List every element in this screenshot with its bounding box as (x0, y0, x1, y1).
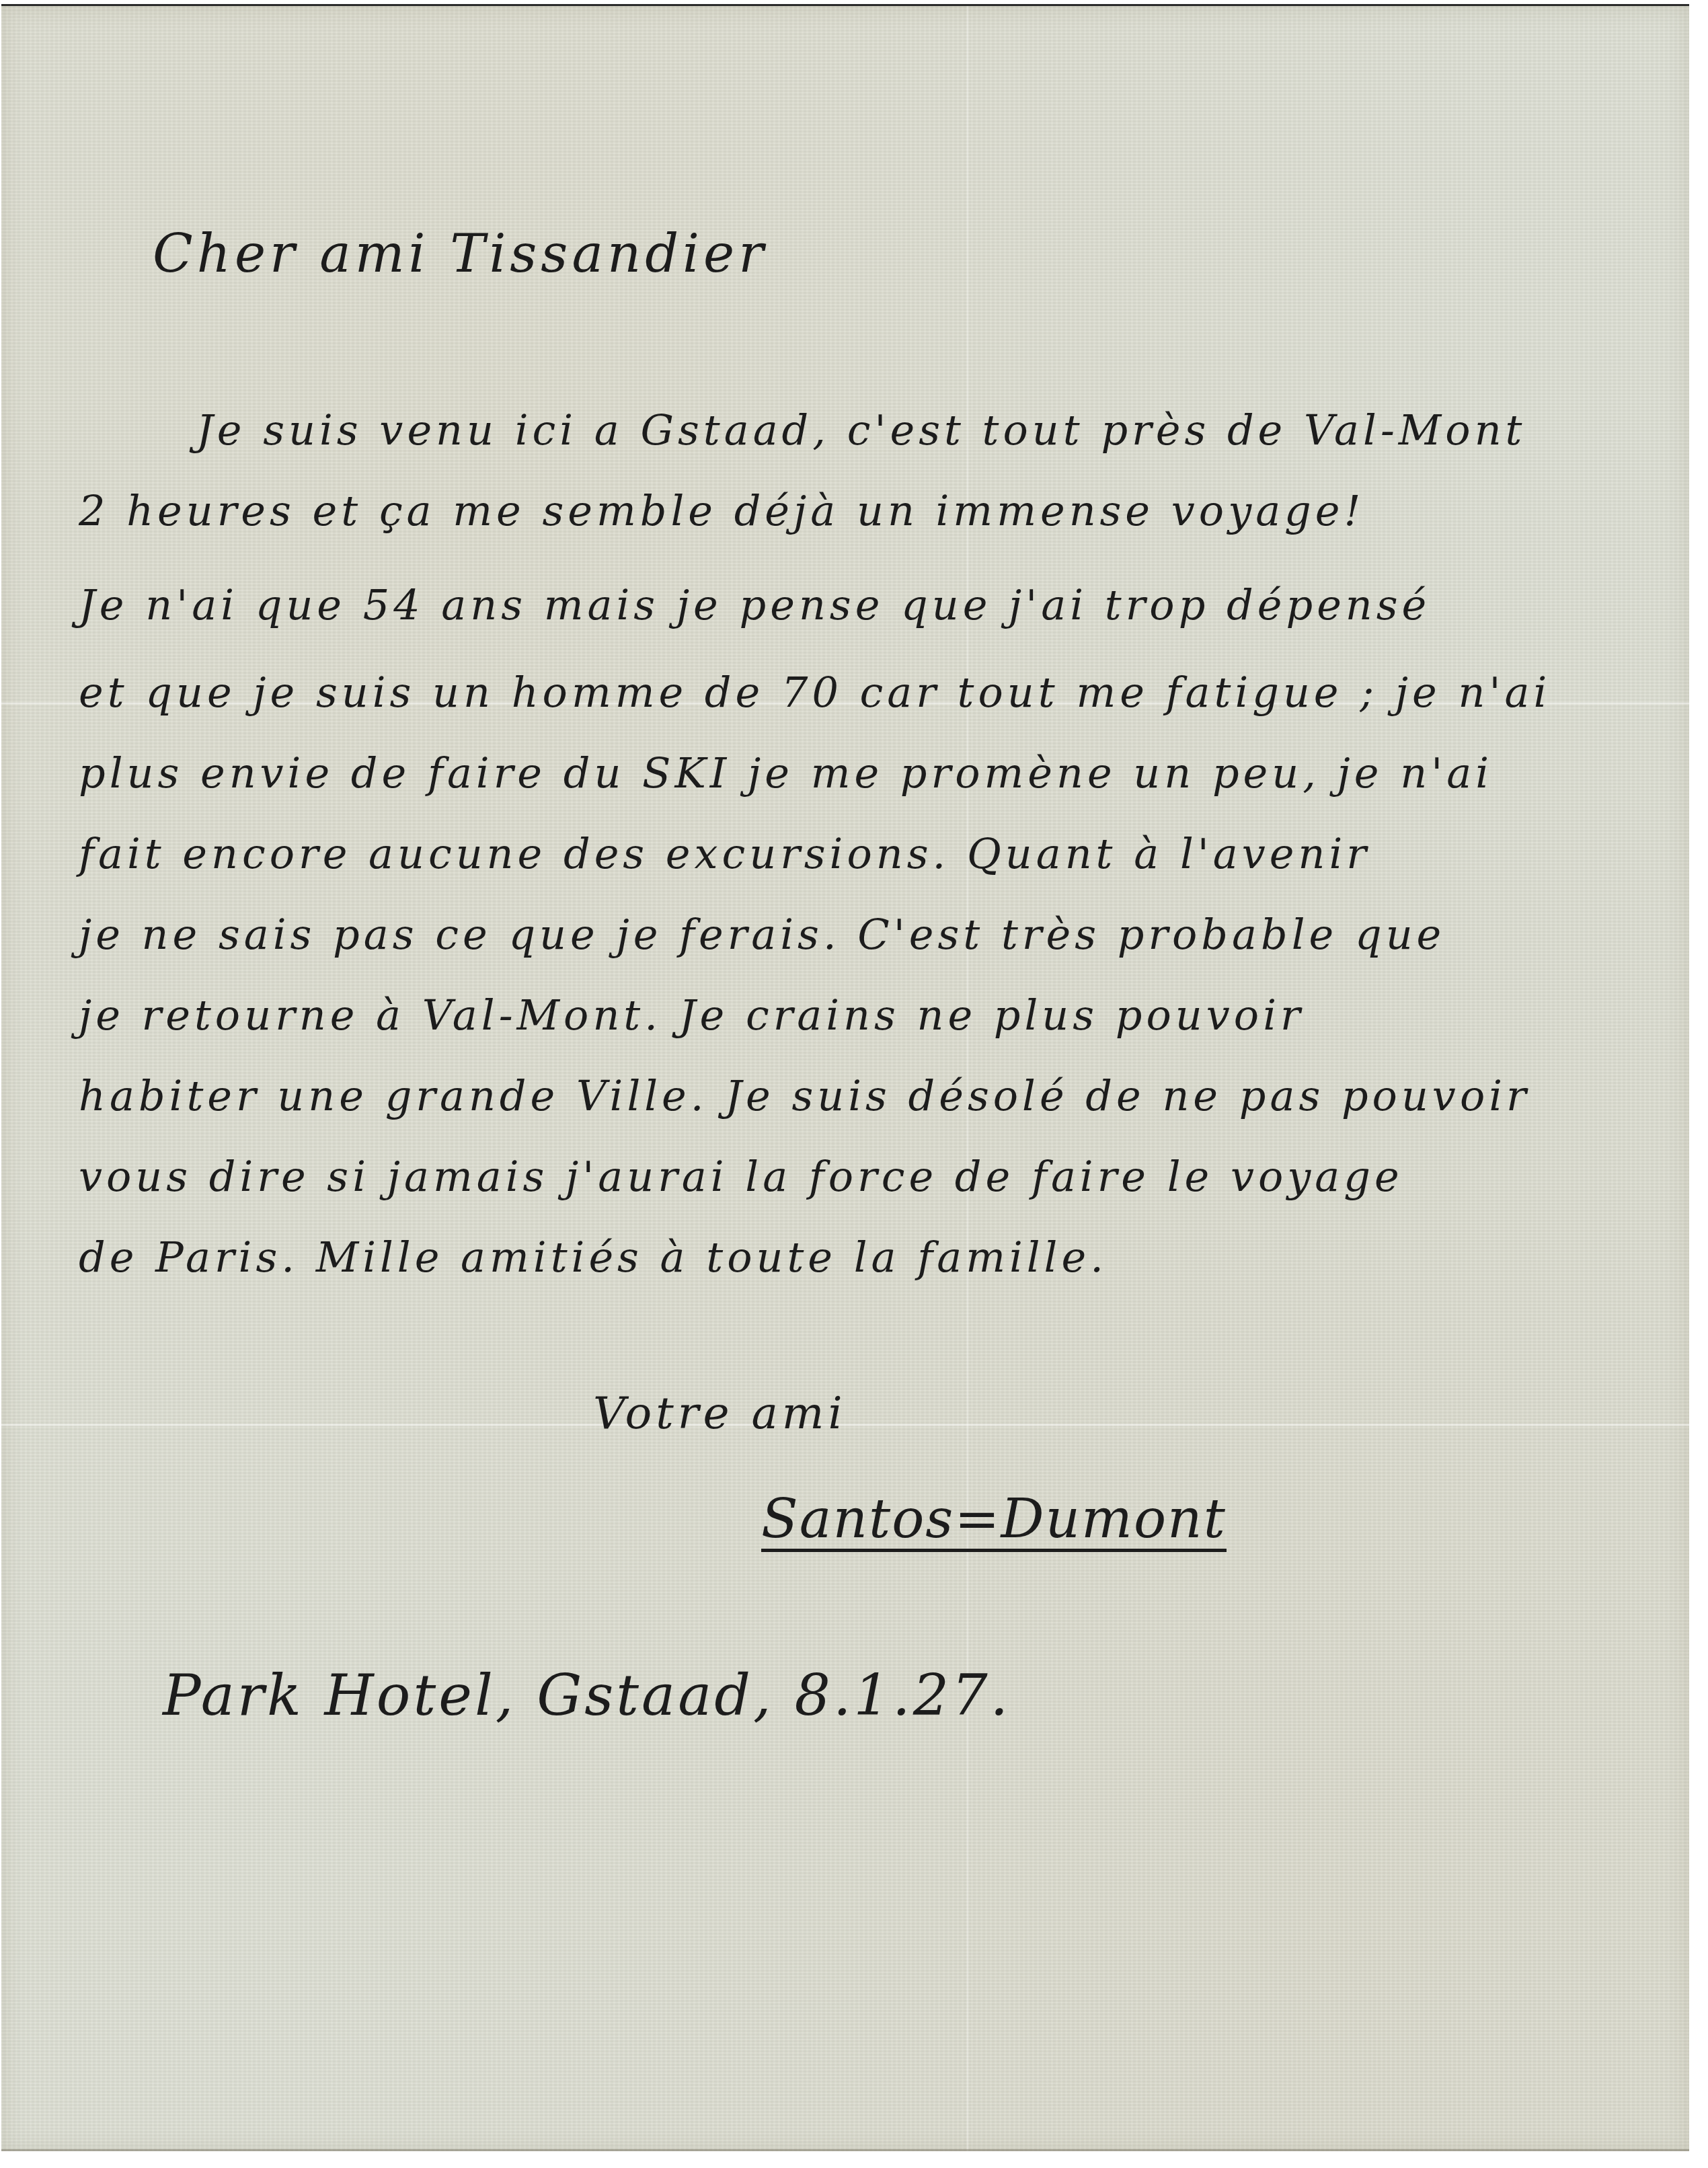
body-line: de Paris. Mille amitiés à toute la famil… (79, 1237, 1108, 1278)
body-line: et que je suis un homme de 70 car tout m… (79, 672, 1551, 713)
body-line: Je n'ai que 54 ans mais je pense que j'a… (79, 584, 1430, 626)
place-and-date: Park Hotel, Gstaad, 8.1.27. (163, 1667, 1011, 1724)
body-line: fait encore aucune des excursions. Quant… (79, 833, 1370, 875)
body-line: habiter une grande Ville. Je suis désolé… (79, 1075, 1530, 1117)
body-line: 2 heures et ça me semble déjà un immense… (79, 490, 1364, 532)
body-line: vous dire si jamais j'aurai la force de … (79, 1156, 1403, 1198)
paper-edge (1, 2149, 1689, 2151)
letter-paper: Cher ami Tissandier Je suis venu ici a G… (1, 4, 1689, 2151)
body-line: je retourne à Val-Mont. Je crains ne plu… (79, 995, 1305, 1036)
salutation: Cher ami Tissandier (153, 228, 767, 280)
closing: Votre ami (593, 1391, 847, 1436)
signature: Santos=Dumont (761, 1492, 1227, 1552)
body-line: je ne sais pas ce que je ferais. C'est t… (79, 914, 1445, 956)
body-line: plus envie de faire du SKI je me promène… (79, 752, 1493, 794)
body-line: Je suis venu ici a Gstaad, c'est tout pr… (196, 410, 1526, 451)
